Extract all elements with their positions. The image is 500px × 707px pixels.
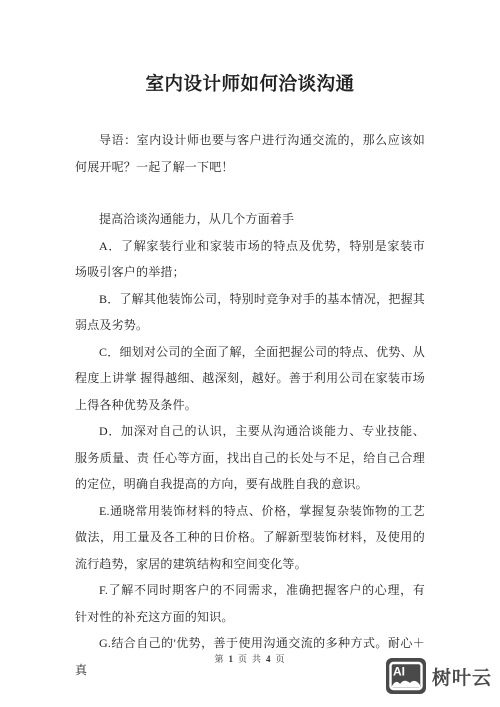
body-paragraph-d: D．加深对自己的认识，主要从沟通洽谈能力、专业技能、服务质量、责 任心等方面，找… xyxy=(75,418,425,498)
body-paragraph-c: C．细划对公司的全面了解，全面把握公司的特点、优势、从程度上讲掌 握得越细、越深… xyxy=(75,339,425,419)
image-ai-icon: AI xyxy=(386,658,426,694)
body-paragraph-f: F.了解不同时期客户的不同需求，准确把握客户的心理，有针对性的补充这方面的知识。 xyxy=(75,577,425,630)
brand-name: 树叶云 xyxy=(432,663,492,690)
ai-icon-label: AI xyxy=(393,665,405,679)
body-paragraph-a: A．了解家装行业和家装市场的特点及优势，特别是家装市场吸引客户的举措； xyxy=(75,233,425,286)
footer-label-gong: 共 xyxy=(252,654,262,664)
document-title: 室内设计师如何洽谈沟通 xyxy=(75,0,425,100)
footer-label-ye1: 页 xyxy=(238,654,248,664)
body-paragraph-e: E.通晓常用装饰材料的特点、价格，掌握复杂装饰物的工艺做法，用工量及各工种的日价… xyxy=(75,498,425,578)
intro-paragraph: 导语：室内设计师也要与客户进行沟通交流的，那么应该如何展开呢？一起了解一下吧！ xyxy=(75,127,425,180)
footer-label-ye2: 页 xyxy=(276,654,286,664)
section-heading: 提高洽谈沟通能力，从几个方面着手 xyxy=(75,206,425,233)
footer-total-pages: 4 xyxy=(266,654,272,664)
brand-watermark: AI 树叶云 xyxy=(386,658,492,694)
footer-page-number: 1 xyxy=(228,654,234,664)
body-paragraph-b: B．了解其他装饰公司，特别时竞争对手的基本情况，把握其弱点及劣势。 xyxy=(75,286,425,339)
footer-label-di: 第 xyxy=(214,654,224,664)
document-page: 室内设计师如何洽谈沟通 导语：室内设计师也要与客户进行沟通交流的，那么应该如何展… xyxy=(0,0,500,707)
